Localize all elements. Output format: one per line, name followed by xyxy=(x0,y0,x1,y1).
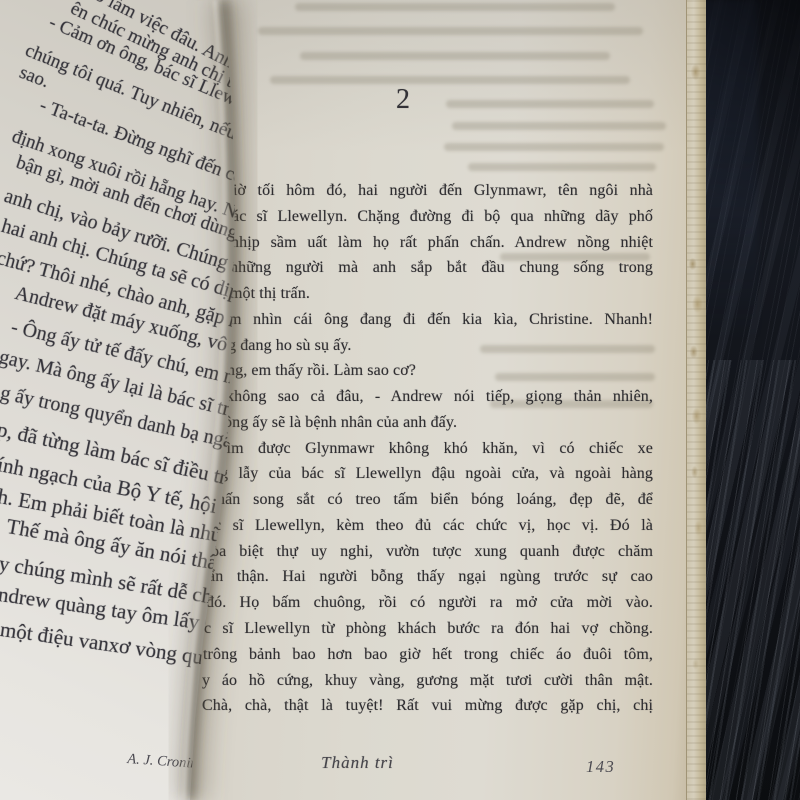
show-through-mark xyxy=(270,76,630,84)
book-text-line: m nhìn cái ông đang đi đến kia kìa, Chri… xyxy=(229,307,653,333)
show-through-mark xyxy=(300,52,610,60)
book-text-line: nhịp sầm uất làm họ rất phấn chấn. Andre… xyxy=(231,230,653,256)
book-text-line: g lẫy của bác sĩ Llewellyn đậu ngoài cửa… xyxy=(220,461,653,487)
book-text-line: ông ấy sẽ là bệnh nhân của anh đấy. xyxy=(224,410,653,436)
book-text-line: một thị trấn. xyxy=(230,281,653,307)
book-text-line: ẩn thận. Hai người bỗng thấy ngại ngùng … xyxy=(208,564,653,590)
show-through-mark xyxy=(452,122,666,130)
show-through-mark xyxy=(444,143,664,151)
book-text-line: c sĩ Llewellyn, kèm theo đủ các chức vị,… xyxy=(214,513,653,539)
show-through-mark xyxy=(258,27,643,35)
book-text-line: iờ tối hôm đó, hai người đến Glynmawr, t… xyxy=(233,178,653,204)
book-text-line: ng, em thấy rồi. Làm sao cơ? xyxy=(227,358,653,384)
book-text-line: c sĩ Llewellyn từ phòng khách bước ra đó… xyxy=(204,616,653,642)
book-text-line: ác sĩ Llewellyn. Chặng đường đi bộ qua n… xyxy=(232,204,653,230)
show-through-mark xyxy=(295,3,615,11)
book-photo: 2 iờ tối hôm đó, hai người đến Glynmawr,… xyxy=(0,0,800,800)
book-text-line: không sao cả đâu, - Andrew nói tiếp, giọ… xyxy=(226,384,653,410)
book-text-line: òa biệt thự uy nghi, vườn tược xung quan… xyxy=(211,539,653,565)
chapter-number: 2 xyxy=(388,84,418,116)
book-text-line: trông bảnh bao hơn bao giờ hết trong chi… xyxy=(203,642,653,668)
book-text-line: Chà, chà, thật là tuyệt! Rất vui mừng đư… xyxy=(202,693,653,719)
show-through-mark xyxy=(446,100,654,108)
running-title: Thành trì xyxy=(300,753,415,773)
book-text-line: những người mà anh sắp bắt đầu chung sốn… xyxy=(230,255,653,281)
page-fore-edge xyxy=(686,0,706,800)
author-footer: A. J. Cronin xyxy=(127,751,198,773)
book-text-line: tìm được Glynmawr không khó khăn, vì có … xyxy=(222,436,653,462)
book-text-line: y áo hồ cứng, khuy vàng, gương mặt tươi … xyxy=(202,668,653,694)
show-through-mark xyxy=(468,163,656,171)
book-text-line: đó. Họ bấm chuông, rồi có người ra mở cử… xyxy=(206,590,653,616)
book-text-line: hấn song sắt có treo tấm biển bóng loáng… xyxy=(217,487,653,513)
page-number: 143 xyxy=(586,757,626,777)
book-text-line: g đang ho sù sụ ấy. xyxy=(228,333,653,359)
